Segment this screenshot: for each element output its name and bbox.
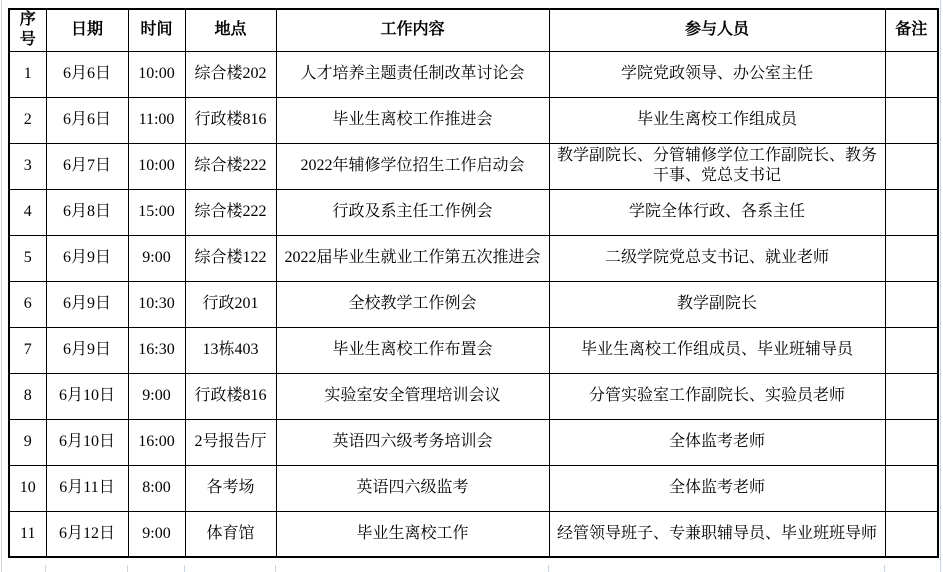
cell-remark <box>885 327 938 373</box>
cell-date: 6月9日 <box>46 235 128 281</box>
cell-no: 1 <box>9 51 46 97</box>
cell-time: 16:30 <box>128 327 185 373</box>
cell-date: 6月10日 <box>46 419 128 465</box>
cell-time: 10:00 <box>128 51 185 97</box>
cell-date: 6月8日 <box>46 189 128 235</box>
cell-participants: 全体监考老师 <box>549 419 885 465</box>
cell-remark <box>885 97 938 143</box>
cell-location: 综合楼222 <box>185 143 276 189</box>
cell-remark <box>885 143 938 189</box>
cell-participants: 经管领导班子、专兼职辅导员、毕业班班导师 <box>549 511 885 557</box>
header-time: 时间 <box>128 9 185 51</box>
cell-no: 10 <box>9 465 46 511</box>
table-body: 1 6月6日 10:00 综合楼202 人才培养主题责任制改革讨论会 学院党政领… <box>9 51 938 557</box>
cell-date: 6月6日 <box>46 97 128 143</box>
cell-remark <box>885 51 938 97</box>
cell-location: 体育馆 <box>185 511 276 557</box>
cell-time: 8:00 <box>128 465 185 511</box>
header-no: 序号 <box>9 9 46 51</box>
gridline-stub <box>184 565 185 572</box>
table-row: 10 6月11日 8:00 各考场 英语四六级监考 全体监考老师 <box>9 465 938 511</box>
cell-date: 6月6日 <box>46 51 128 97</box>
header-location: 地点 <box>185 9 276 51</box>
cell-remark <box>885 465 938 511</box>
cell-location: 综合楼122 <box>185 235 276 281</box>
table-row: 6 6月9日 10:30 行政201 全校教学工作例会 教学副院长 <box>9 281 938 327</box>
cell-no: 2 <box>9 97 46 143</box>
cell-content: 实验室安全管理培训会议 <box>276 373 549 419</box>
schedule-table: 序号 日期 时间 地点 工作内容 参与人员 备注 1 6月6日 10:00 综合… <box>8 8 939 558</box>
cell-remark <box>885 281 938 327</box>
spreadsheet-gridline-right <box>940 0 941 572</box>
cell-date: 6月9日 <box>46 327 128 373</box>
cell-time: 10:30 <box>128 281 185 327</box>
gridline-stub <box>275 565 276 572</box>
cell-participants: 学院全体行政、各系主任 <box>549 189 885 235</box>
cell-participants: 教学副院长、分管辅修学位工作副院长、教务干事、党总支书记 <box>549 143 885 189</box>
cell-no: 7 <box>9 327 46 373</box>
table-row: 2 6月6日 11:00 行政楼816 毕业生离校工作推进会 毕业生离校工作组成… <box>9 97 938 143</box>
cell-location: 综合楼222 <box>185 189 276 235</box>
cell-location: 行政201 <box>185 281 276 327</box>
cell-no: 9 <box>9 419 46 465</box>
cell-participants: 二级学院党总支书记、就业老师 <box>549 235 885 281</box>
cell-content: 行政及系主任工作例会 <box>276 189 549 235</box>
table-row: 9 6月10日 16:00 2号报告厅 英语四六级考务培训会 全体监考老师 <box>9 419 938 465</box>
cell-date: 6月7日 <box>46 143 128 189</box>
cell-location: 综合楼202 <box>185 51 276 97</box>
cell-time: 15:00 <box>128 189 185 235</box>
table-row: 3 6月7日 10:00 综合楼222 2022年辅修学位招生工作启动会 教学副… <box>9 143 938 189</box>
cell-participants: 学院党政领导、办公室主任 <box>549 51 885 97</box>
cell-content: 人才培养主题责任制改革讨论会 <box>276 51 549 97</box>
gridline-stub <box>884 565 885 572</box>
gridline-stub <box>548 565 549 572</box>
cell-remark <box>885 189 938 235</box>
cell-no: 5 <box>9 235 46 281</box>
cell-date: 6月10日 <box>46 373 128 419</box>
table-row: 5 6月9日 9:00 综合楼122 2022届毕业生就业工作第五次推进会 二级… <box>9 235 938 281</box>
header-content: 工作内容 <box>276 9 549 51</box>
table-row: 1 6月6日 10:00 综合楼202 人才培养主题责任制改革讨论会 学院党政领… <box>9 51 938 97</box>
cell-participants: 全体监考老师 <box>549 465 885 511</box>
cell-content: 2022年辅修学位招生工作启动会 <box>276 143 549 189</box>
cell-remark <box>885 235 938 281</box>
cell-time: 11:00 <box>128 97 185 143</box>
cell-participants: 教学副院长 <box>549 281 885 327</box>
cell-time: 9:00 <box>128 373 185 419</box>
cell-content: 毕业生离校工作 <box>276 511 549 557</box>
cell-content: 英语四六级考务培训会 <box>276 419 549 465</box>
gridline-stub <box>45 565 46 572</box>
header-participants: 参与人员 <box>549 9 885 51</box>
gridline-stub <box>127 565 128 572</box>
cell-location: 行政楼816 <box>185 373 276 419</box>
cell-content: 2022届毕业生就业工作第五次推进会 <box>276 235 549 281</box>
cell-participants: 分管实验室工作副院长、实验员老师 <box>549 373 885 419</box>
cell-time: 9:00 <box>128 235 185 281</box>
cell-participants: 毕业生离校工作组成员 <box>549 97 885 143</box>
cell-content: 毕业生离校工作推进会 <box>276 97 549 143</box>
cell-content: 毕业生离校工作布置会 <box>276 327 549 373</box>
cell-participants: 毕业生离校工作组成员、毕业班辅导员 <box>549 327 885 373</box>
cell-content: 全校教学工作例会 <box>276 281 549 327</box>
cell-remark <box>885 373 938 419</box>
header-date: 日期 <box>46 9 128 51</box>
cell-no: 3 <box>9 143 46 189</box>
cell-location: 各考场 <box>185 465 276 511</box>
cell-location: 行政楼816 <box>185 97 276 143</box>
header-row: 序号 日期 时间 地点 工作内容 参与人员 备注 <box>9 9 938 51</box>
cell-time: 10:00 <box>128 143 185 189</box>
table-row: 7 6月9日 16:30 13栋403 毕业生离校工作布置会 毕业生离校工作组成… <box>9 327 938 373</box>
table-row: 11 6月12日 9:00 体育馆 毕业生离校工作 经管领导班子、专兼职辅导员、… <box>9 511 938 557</box>
cell-date: 6月9日 <box>46 281 128 327</box>
cell-location: 2号报告厅 <box>185 419 276 465</box>
cell-no: 4 <box>9 189 46 235</box>
cell-time: 16:00 <box>128 419 185 465</box>
cell-remark <box>885 419 938 465</box>
header-remark: 备注 <box>885 9 938 51</box>
cell-no: 11 <box>9 511 46 557</box>
cell-no: 6 <box>9 281 46 327</box>
cell-content: 英语四六级监考 <box>276 465 549 511</box>
table-row: 4 6月8日 15:00 综合楼222 行政及系主任工作例会 学院全体行政、各系… <box>9 189 938 235</box>
cell-date: 6月12日 <box>46 511 128 557</box>
cell-location: 13栋403 <box>185 327 276 373</box>
cell-no: 8 <box>9 373 46 419</box>
table-row: 8 6月10日 9:00 行政楼816 实验室安全管理培训会议 分管实验室工作副… <box>9 373 938 419</box>
cell-date: 6月11日 <box>46 465 128 511</box>
cell-time: 9:00 <box>128 511 185 557</box>
spreadsheet-gridline-left <box>1 0 2 572</box>
cell-remark <box>885 511 938 557</box>
